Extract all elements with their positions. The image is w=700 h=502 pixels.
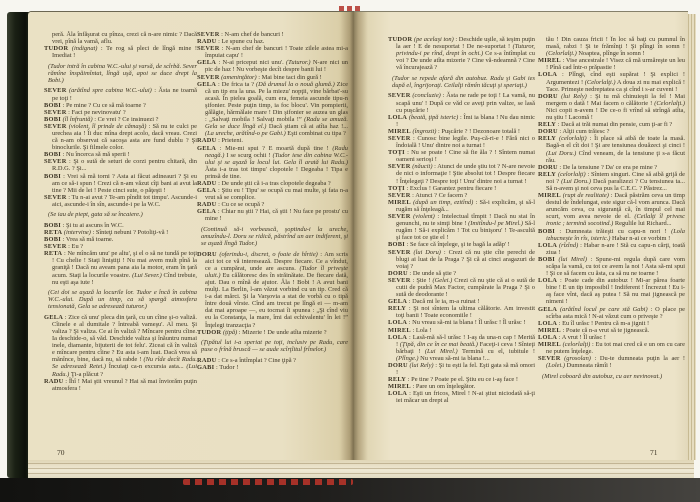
inline-stage-note: (Gelei.) (433, 277, 453, 284)
left-page-column-1: peră. Ăla înfăşurat cu pînza, crezi că n… (44, 31, 197, 447)
speaker-stage-note: (celorlalţi) (561, 341, 590, 348)
dialogue-line: RELY (celorlalţi) : Sîntem singuri. Cine… (538, 171, 685, 192)
dialogue-line: SEVER : Cunosc bine legile. Puş-că-ri-e … (388, 135, 535, 149)
speaker-name: BOBI (44, 151, 61, 158)
dialogue-line: SEVER (lui Doru) : Crezi că nu ştie cîte… (388, 249, 535, 270)
speaker-name: MIREL (538, 57, 561, 64)
dialogue-line: GELA : N-ai priceput nici unu'. (Tuturor… (197, 59, 348, 73)
speaker-name: LOLA (388, 114, 407, 121)
inline-stage-note: (Radu se amuză. Gela se duce lîngă el.) (205, 116, 348, 130)
dialogue-line: SEVER : Faci pe nevinovatu' ? (44, 109, 197, 116)
speaker-name: SEVER (388, 135, 411, 142)
dialogue-line: BOBI : Şi tu ai ascuns în W.C. (44, 222, 197, 229)
inline-stage-note: (Tuturor.) (286, 59, 310, 66)
dialogue-line: GELA : Chiar nu ştii ? Hai, că ştii ! Nu… (197, 208, 348, 222)
dialogue-line: BOBI (lui Mirel) : Spune-mi regula după … (538, 256, 685, 277)
right-page-column-2: tău ! Din cauza fricii ! În loc să baţi … (538, 36, 685, 448)
speaker-name: SEVER (388, 277, 411, 284)
speaker-name: BOBI (44, 102, 61, 109)
speaker-name: BOBI (44, 173, 61, 180)
stage-direction: (Cei doi se aşază la locurile lor. Tudor… (44, 289, 197, 310)
speaker-name: SEVER (388, 249, 411, 256)
dialogue-line: LOLA : Poate cade din autobuz ! Mi-ar pă… (538, 277, 685, 305)
dialogue-line: BOBI : Vrea să mă toarne. (44, 236, 197, 243)
speaker-name: RADU (197, 137, 216, 144)
speaker-stage-note: (beată, ţipă isteric) (407, 114, 458, 121)
dialogue-line: SEVER : N-am chef de bancuri ! (197, 31, 348, 38)
speaker-name: BOBI (44, 116, 61, 123)
speaker-name: DORU (388, 270, 408, 277)
speaker-name: MIREL (388, 128, 411, 135)
dialogue-line: SEVER (concluzie) : Ăsta ne rade pe toţi… (388, 92, 535, 113)
dialogue-line: SEVER (năucit) : Atunci de unde ştiu tot… (388, 163, 535, 184)
speaker-name: TUDOR (388, 36, 412, 43)
speaker-name: RELY (388, 305, 406, 312)
speaker-stage-note: (oferindu-i, discret, o foaie de hîrtie) (217, 251, 318, 258)
speaker-name: SEVER (388, 213, 411, 220)
speaker-stage-note: (celorlalţi) (556, 171, 585, 178)
speaker-name: GELA (197, 145, 216, 152)
page-number-left: 70 (57, 448, 65, 457)
speaker-name: RETA (44, 250, 62, 257)
speaker-stage-note: (rupt de realitate) (561, 192, 609, 199)
dialogue-line: RADU : Cu ce se ocupă ? (197, 201, 348, 208)
speaker-name: GELA (538, 306, 557, 313)
book-cover-edge (7, 12, 30, 478)
dialogue-line: MIREL (după un timp, ezitînd) : Să-i exp… (388, 199, 535, 213)
speaker-stage-note: (arătînd locul pe care stă Gabi) (557, 306, 647, 313)
dialogue-line: TUDOR (pe acelaşi ton) : Deschide uşile,… (388, 36, 535, 71)
inline-stage-note: (Tudor îl priveşte uluit.) (205, 265, 348, 279)
dialogue-continuation: tău ! Din cauza fricii ! În loc să baţi … (538, 36, 685, 57)
speaker-name: BOBI (44, 222, 61, 229)
dialogue-line: SEVER : Atunci ? Ce facem ? (388, 192, 535, 199)
speaker-name: TUDOR (44, 45, 68, 52)
speaker-name: RADU (44, 378, 63, 385)
dialogue-line: LOLA (beată, ţipă isteric) : Îmi ia blan… (388, 114, 535, 128)
speaker-name: SEVER (197, 74, 220, 81)
speaker-name: LOLA (538, 277, 557, 284)
dialogue-line: TOŢI : Exclus ! Garantez pentru fiecare … (388, 185, 535, 192)
speaker-name: MIREL (538, 192, 561, 199)
dialogue-line: MIREL : Poate că n-a vrut să te jigneasc… (538, 327, 685, 334)
speaker-stage-note: (lui Doru) (411, 249, 441, 256)
dialogue-line: BOBI : Dumneata trăieşti cu capu-n nori … (538, 228, 685, 242)
speaker-name: LOLA (388, 390, 407, 397)
dialogue-line: RETA : Ne mîncăm unu' pe altu', şi el o … (44, 250, 197, 285)
speaker-name: LOLA (388, 334, 407, 341)
speaker-stage-note: (lui Mirel) (555, 256, 587, 263)
dialogue-line: GABI : Tudor ! (197, 364, 348, 371)
dialogue-line: MIREL (îngrozit) : Puşcărie ? ! Dezonoar… (388, 128, 535, 135)
speaker-name: RELY (538, 121, 556, 128)
left-page-column-2: SEVER : N-am chef de bancuri !RADU : Le … (197, 31, 348, 447)
speaker-stage-note: (năucit) (411, 163, 433, 170)
speaker-stage-note: (arătînd spre cabina W.C.-ului) (67, 87, 152, 94)
speaker-name: TUDOR (197, 329, 221, 336)
speaker-name: SEVER (197, 31, 220, 38)
inline-stage-note: (Lola izbucneşte în rîs, isteric.) (546, 228, 685, 242)
speaker-stage-note: (îl înfruntă) (61, 116, 93, 123)
speaker-name: SEVER (388, 192, 411, 199)
speaker-name: SEVER (538, 355, 561, 362)
speaker-stage-note: (lui Rely) (558, 93, 587, 100)
dialogue-line: SEVER (ameninţător) : Mai bine taci din … (197, 74, 348, 81)
speaker-name: LOLA (538, 71, 557, 78)
speaker-stage-note: (rîzînd) (557, 242, 578, 249)
dialogue-line: LOLA : Nu vreau să-mi ia blana ! Îl urăs… (388, 319, 535, 326)
speaker-stage-note: (concluzie) (411, 92, 441, 99)
speaker-name: DORU (197, 251, 217, 258)
speaker-name: MIREL (538, 341, 561, 348)
inline-stage-note: (Ţipă, din ce în ce mai beată.) (400, 341, 478, 348)
dialogue-line: LOLA : A vrut ! Îl urăsc ! (538, 334, 685, 341)
inline-stage-note: (Lui Mirel.) (425, 348, 458, 355)
speaker-name: SEVER (388, 163, 411, 170)
dialogue-line: SEVER : Şi o sută de seturi de corzi pen… (44, 158, 197, 172)
speaker-stage-note: (îngrozit) (411, 128, 437, 135)
dialogue-line: RADU : Îhî ! Mai ştii vreunul ? Hai să m… (44, 378, 197, 392)
dialogue-line: RADU : Le spune cu haz. (197, 38, 348, 45)
speaker-name: LOLA (538, 334, 557, 341)
speaker-name: RELY (388, 376, 406, 383)
page-number-right: 71 (650, 448, 658, 457)
speaker-name: RETA (44, 229, 62, 236)
speaker-name: BOBI (538, 256, 555, 263)
dialogue-line: SEVER : Eu ? (44, 243, 197, 250)
dialogue-line: SEVER (violent) : Intelectual tîmpit ! D… (388, 213, 535, 241)
inline-stage-note: (Tuturor, privindu-i pe rînd, drept în o… (396, 43, 535, 57)
inline-stage-note: (Ceilalţi îl privesc ironic ; termină so… (546, 213, 685, 227)
dialogue-line: GELA : Ştiu eu ! Tipu' se ocupă cu mai m… (197, 187, 348, 201)
speaker-name: MIREL (388, 327, 411, 334)
inline-stage-note: (La ureche, arătînd-o pe Gabi.) (205, 130, 286, 137)
dialogue-line: GELA (arătînd locul pe care stă Gabi) : … (538, 306, 685, 320)
speaker-name: SEVER (44, 123, 67, 130)
speaker-name: BOBI (44, 236, 61, 243)
inline-stage-note: (Tudor iese din cabina W.C.-ului şi se a… (205, 152, 348, 166)
dialogue-line: RADU : Ce s-a întîmplat ? Cine ţipă ? (197, 357, 348, 364)
dialogue-line: TUDOR (ţipă) : Mizerie ! De unde atîta m… (197, 329, 348, 336)
dialogue-line: DORU (lui Rely) : Şi tu mă chinuieşti la… (538, 93, 685, 121)
speaker-name: RADU (197, 357, 216, 364)
stage-direction: (Mirel coboară din autobuz, cu aer nevin… (538, 373, 685, 380)
speaker-stage-note: (violent) (411, 213, 435, 220)
book-photo: peră. Ăla înfăşurat cu pînza, crezi că n… (0, 0, 700, 502)
speaker-name: RELY (538, 171, 556, 178)
dialogue-line: SEVER (arătînd spre cabina W.C.-ului) : … (44, 87, 197, 101)
speaker-stage-note: (lui Rely) (408, 362, 434, 369)
dialogue-line: LOLA (rîzînd) : Habar n-are ! Stă cu cap… (538, 242, 685, 256)
speaker-name: MIREL (538, 327, 561, 334)
speaker-name: SEVER (44, 243, 67, 250)
speaker-name: SEVER (44, 158, 67, 165)
inline-stage-note: (Lui Doru.) (546, 150, 576, 157)
dialogue-line: LOLA : Plîngi, cînd eşti supărat ! Şi ex… (538, 71, 685, 92)
dialogue-line: RELY : Dacă ai trăi numai din pensie, cu… (538, 121, 685, 128)
inline-stage-note: (Lolei.) (546, 362, 565, 369)
inline-stage-note: (Celorlalţi.) (654, 100, 685, 107)
dialogue-line: LOLA : Eşti un fricos, Mirel ! N-ai ştiu… (388, 390, 535, 404)
speaker-name: BOBI (538, 228, 555, 235)
dialogue-line: RETA (intervine) : Sînteţi nebuni ? Poto… (44, 229, 197, 236)
dialogue-line: RELY (celorlalţi) : Îi place să aibă de … (538, 135, 685, 163)
dialogue-line: BOBI : Se face că înţelege, şi te bagă l… (388, 241, 535, 248)
dialogue-line: RELY : Pe tine ? Poate pe el. Ştiu eu ce… (388, 376, 535, 383)
dialogue-line: SEVER (grosolan) : Du-te dumneata puţin … (538, 355, 685, 369)
speaker-stage-note: (grosolan) (561, 355, 591, 362)
speaker-name: GELA (197, 81, 216, 88)
dialogue-line: BOBI : Pe mine ? Cu ce să mă toarne ? (44, 102, 197, 109)
dialogue-line: SEVER : Tu n-ai avut ? Te-am pîndit tot … (44, 194, 197, 208)
stage-direction: (Tudor se repede afară din autobuz. Radu… (388, 75, 535, 89)
speaker-name: DORU (538, 164, 558, 171)
speaker-name: GELA (197, 187, 216, 194)
dialogue-line: DORU (lui Rely) : Şi tu eşti la fel. Eşt… (388, 362, 535, 376)
dialogue-line: BOBI : Vrei să mă torni ? Asta ai făcut … (44, 173, 197, 194)
right-page-column-1: TUDOR (pe acelaşi ton) : Deschide uşile,… (388, 36, 535, 448)
dialogue-line: SEVER (violent, îl prinde de cămaşă) : S… (44, 123, 197, 151)
dialogue-line: MIREL (rupt de realitate) : Dacă păstrăm… (538, 192, 685, 227)
speaker-stage-note: (intervine) (62, 229, 91, 236)
dialogue-line: MIREL : Lola ! (388, 327, 535, 334)
speaker-name: RADU (197, 38, 216, 45)
speaker-name: DORU (388, 362, 408, 369)
inline-stage-note: (Dă drumul la o nouă glumă.) (256, 81, 335, 88)
speaker-name: SEVER (197, 45, 220, 52)
inline-stage-note: (Plînge.) (396, 355, 419, 362)
dialogue-line: GELA : Zice că unu' pleca din ţară, cu u… (44, 314, 197, 378)
speaker-stage-note: (ţipă) (221, 329, 237, 336)
speaker-name: LOLA (388, 319, 407, 326)
dialogue-line: DORU : De unde să ştie ? (388, 270, 535, 277)
inline-stage-note: (Celorlalţi.) (585, 79, 616, 86)
dialogue-line: DORU (oferindu-i, discret, o foaie de hî… (197, 251, 348, 329)
dialogue-line: RADU : De unde ştii că i-a tras clopotel… (197, 180, 348, 187)
speaker-name: SEVER (44, 87, 67, 94)
dialogue-continuation: peră. Ăla înfăşurat cu pînza, crezi că n… (44, 31, 197, 45)
speaker-name: TOŢI (388, 149, 405, 156)
speaker-stage-note: (violent, îl prinde de cămaşă) (67, 123, 147, 130)
dialogue-line: TUDOR (indignat) : Te rog să pleci de lî… (44, 45, 197, 59)
speaker-name: GELA (197, 59, 216, 66)
dialogue-line: MIREL (celorlalţi) : Eu tot mai cred că … (538, 341, 685, 355)
speaker-name: MIREL (388, 199, 411, 206)
dialogue-line: SEVER : N-am chef de bancuri ! Toate zil… (197, 45, 348, 59)
speaker-stage-note: (pe acelaşi ton) (412, 36, 453, 43)
stage-direction: (Se iau de piept, gata să se încaiere.) (44, 211, 197, 218)
speaker-stage-note: (după un timp, ezitînd) (411, 199, 473, 206)
speaker-name: GELA (388, 298, 407, 305)
speaker-name: RELY (538, 135, 556, 142)
inline-stage-note: (Nu rîde decît Radu. Se adresează Retei.… (52, 356, 197, 370)
speaker-name: RADU (197, 201, 216, 208)
dialogue-line: TOŢI : Nu se poate ! Cine să fie ăla ? !… (388, 149, 535, 163)
dialogue-line: BOBI (îl înfruntă) : Ce vrei ? Ce insinu… (44, 116, 197, 123)
inline-stage-note: (Lui Sever.) (132, 272, 162, 279)
red-fore-edge-speckles-bottom (183, 479, 353, 485)
speaker-name: GELA (197, 208, 216, 215)
speaker-name: GABI (197, 364, 214, 371)
speaker-name: LOLA (538, 242, 557, 249)
stage-direction: (Continuă să-i vorbească, şoptindu-i la … (197, 226, 348, 247)
dialogue-line: LOLA : Lasă-mă să-l urăsc ! I-aş da una-… (388, 334, 535, 362)
speaker-name: TOŢI (388, 185, 405, 192)
dialogue-line: BOBI : Nu încerca să mă sperii ! (44, 151, 197, 158)
speaker-name: SEVER (44, 109, 67, 116)
dialogue-line: DORU : De la tensiune ? Da' ce era pe mi… (538, 164, 685, 171)
red-fore-edge-speckles-top (339, 6, 363, 11)
inline-stage-note: (Celorlalţi.) (546, 50, 577, 57)
stage-direction: (Ţipătul lui i-a speriat pe toţi, inclus… (197, 339, 348, 353)
dialogue-line: RELY : Şi noi sîntem la ultima călătorie… (388, 305, 535, 319)
speaker-name: BOBI (388, 241, 405, 248)
speaker-name: SEVER (44, 194, 67, 201)
speaker-stage-note: (indignat) (68, 45, 97, 52)
speaker-name: GELA (44, 314, 63, 321)
speaker-name: SEVER (388, 92, 411, 99)
dialogue-line: RADU : Prieteni. (197, 137, 348, 144)
stage-direction: (Tudor intră în cabina W.C.-ului şi vars… (44, 63, 197, 84)
dialogue-line: SEVER : Ştie ! (Gelei.) Crezi că nu ştie… (388, 277, 535, 298)
speaker-stage-note: (ameninţător) (220, 74, 257, 81)
page-stack-bottom-edge (28, 458, 694, 478)
speaker-name: MIREL (388, 383, 411, 390)
speaker-stage-note: (celorlalţi) (556, 135, 587, 142)
dialogue-line: MIREL : Vise ancestrale ! Visez că mă ur… (538, 57, 685, 71)
speaker-name: LOLA (538, 320, 557, 327)
dialogue-line: GELA : De frica ta ? (Dă drumul la o nou… (197, 81, 348, 138)
dialogue-line: LOLA : Eu îl urăsc ! Pentru că m-a jigni… (538, 320, 685, 327)
dialogue-line: MIREL : Pare un om înţelegător. (388, 383, 535, 390)
dialogue-line: GELA : Dacă mi le ia, m-a ruinat ! (388, 298, 535, 305)
inline-stage-note: (Imitîndu-l pe Mirel.) (468, 220, 523, 227)
speaker-name: RADU (197, 180, 216, 187)
inline-stage-note: (Lui Doru.) (561, 178, 591, 185)
speaker-name: DORU (538, 93, 558, 100)
dialogue-line: GELA : Mie-mi spui ? E moartă după tine … (197, 145, 348, 180)
